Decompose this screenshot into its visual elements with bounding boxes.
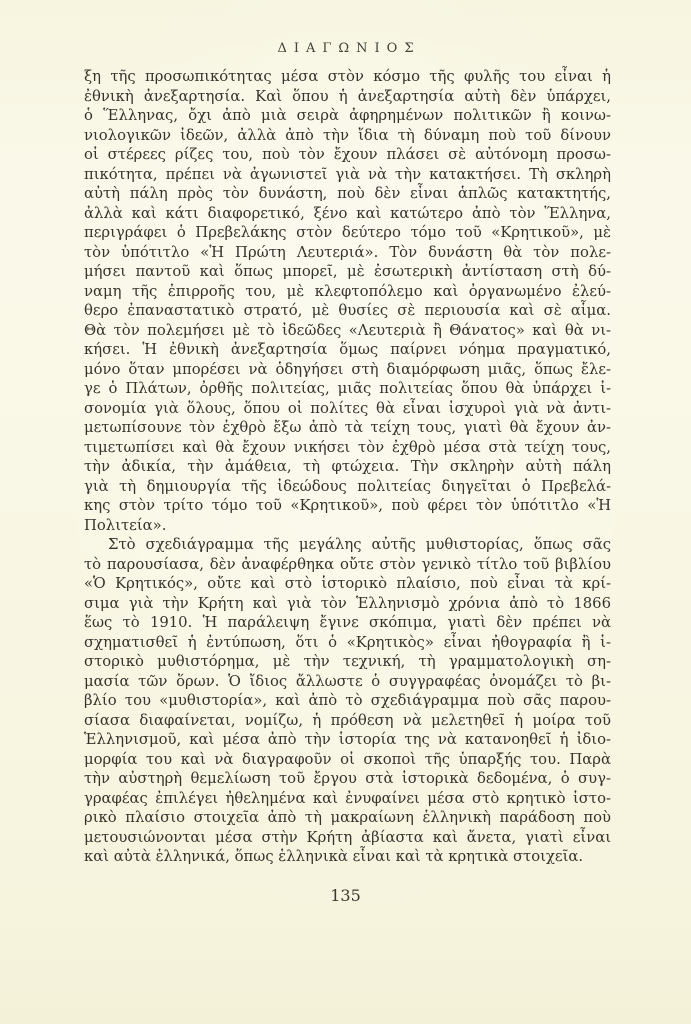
text-line: Θὰ τὸν πολεμήσει μὲ τὸ ἰδεῶδες «Λευτεριὰ… [84, 321, 611, 341]
text-line: αὐτὴ πάλη πρὸς τὸν δυνάστη, ποὺ δὲν εἶνα… [84, 184, 611, 204]
text-line: μετουσιώνονται μέσα στὴν Κρήτη ἀβίαστα κ… [84, 828, 611, 848]
text-line: ξη τῆς προσωπικότητας μέσα στὸν κόσμο τῆ… [84, 67, 611, 87]
text-line: μασία τῶν ὅρων. Ὁ ἴδιος ἄλλωστε ὁ συγγρα… [84, 672, 611, 692]
text-line: μετωπίσουνε τὸν ἐχθρὸ ἔξω ἀπὸ τὰ τείχη τ… [84, 418, 611, 438]
text-line: Πολιτεία». [84, 516, 611, 536]
text-block: ξη τῆς προσωπικότητας μέσα στὸν κόσμο τῆ… [84, 67, 611, 867]
text-line: ὁ Ἕλληνας, ὄχι ἀπὸ μιὰ σειρὰ ἀφηρημένων … [84, 106, 611, 126]
text-line: κήσει. Ἡ ἐθνικὴ ἀνεξαρτησία ὅμως παίρνει… [84, 340, 611, 360]
text-line: πικότητα, πρέπει νὰ ἀγωνιστεῖ γιὰ νὰ τὴν… [84, 165, 611, 185]
text-line: ρικὸ πλαίσιο στοιχεῖα ἀπὸ τὴ μακραίωνη ἑ… [84, 808, 611, 828]
text-line: «Ὁ Κρητικός», οὔτε καὶ στὸ ἱστορικὸ πλαί… [84, 574, 611, 594]
running-head: ΔΙΑΓΩΝΙΟΣ [0, 41, 691, 56]
text-line: Στὸ σχεδιάγραμμα τῆς μεγάλης αὐτῆς μυθισ… [84, 535, 611, 555]
text-line: γε ὁ Πλάτων, ὀρθῆς πολιτείας, μιᾶς πολιτ… [84, 379, 611, 399]
text-line: γιὰ τὴ δημιουργία τῆς ἰδεώδους πολιτείας… [84, 477, 611, 497]
paragraph: ξη τῆς προσωπικότητας μέσα στὸν κόσμο τῆ… [84, 67, 611, 535]
text-line: σίασα διαφαίνεται, νομίζω, ἡ πρόθεση νὰ … [84, 711, 611, 731]
text-line: Ἑλληνισμοῦ, καὶ μέσα ἀπὸ τὴν ἱστορία της… [84, 730, 611, 750]
text-line: τὴν αὐστηρὴ θεμελίωση τοῦ ἔργου στὰ ἱστο… [84, 769, 611, 789]
text-line: περιγράφει ὁ Πρεβελάκης στὸν δεύτερο τόμ… [84, 223, 611, 243]
text-line: σχηματισθεῖ ἡ ἐντύπωση, ὅτι ὁ «Κρητικὸς»… [84, 633, 611, 653]
text-line: οἱ στέρεες ρίζες του, ποὺ τὸν ἔχουν πλάσ… [84, 145, 611, 165]
text-line: γραφέας ἐπιλέγει ἠθελημένα καὶ ἐνυφαίνει… [84, 789, 611, 809]
text-line: τιμετωπίσει καὶ θὰ ἔχουν νικήσει τὸν ἐχθ… [84, 438, 611, 458]
text-line: τὸ παρουσίασα, δὲν ἀναφέρθηκα οὔτε στὸν … [84, 555, 611, 575]
text-line: κης στὸν τρίτο τόμο τοῦ «Κρητικοῦ», ποὺ … [84, 496, 611, 516]
text-line: βλίο του «μυθιστορία», καὶ ἀπὸ τὸ σχεδιά… [84, 691, 611, 711]
text-line: νιολογικῶν ἰδεῶν, ἀλλὰ ἀπὸ τὴν ἴδια τὴ δ… [84, 126, 611, 146]
text-line: ἕως τὸ 1910. Ἡ παράλειψη ἔγινε σκόπιμα, … [84, 613, 611, 633]
text-line: στορικὸ μυθιστόρημα, μὲ τὴν τεχνική, τὴ … [84, 652, 611, 672]
text-line: τὸν ὑπότιτλο «Ἡ Πρώτη Λευτεριά». Τὸν δυν… [84, 243, 611, 263]
text-line: ναμη τῆς ἐπιρροῆς του, μὲ κλεφτοπόλεμο κ… [84, 282, 611, 302]
text-line: ἀλλὰ καὶ κάτι διαφορετικό, ξένο καὶ κατώ… [84, 204, 611, 224]
page-number: 135 [0, 886, 691, 905]
text-line: μορφία του καὶ νὰ διαγραφοῦν οἱ σκοποὶ τ… [84, 750, 611, 770]
paragraph: Στὸ σχεδιάγραμμα τῆς μεγάλης αὐτῆς μυθισ… [84, 535, 611, 867]
text-line: θερο ἐπαναστατικὸ στρατό, μὲ θυσίες σὲ π… [84, 301, 611, 321]
text-line: μήσει παντοῦ καὶ ὅπως μπορεῖ, μὲ ἐσωτερι… [84, 262, 611, 282]
text-line: μόνο ὅταν μπορέσει νὰ ὁδηγήσει στὴ διαμό… [84, 360, 611, 380]
text-line: σονομία γιὰ ὅλους, ὅπου οἱ πολίτες θὰ εἶ… [84, 399, 611, 419]
page-container: ΔΙΑΓΩΝΙΟΣ ξη τῆς προσωπικότητας μέσα στὸ… [0, 0, 691, 1024]
text-line: καὶ αὐτὰ ἑλληνικά, ὅπως ἑλληνικὰ εἶναι κ… [84, 847, 611, 867]
text-line: τὴν ἀδικία, τὴν ἀμάθεια, τὴ φτώχεια. Τὴν… [84, 457, 611, 477]
text-line: σιμα γιὰ τὴν Κρήτη καὶ γιὰ τὸν Ἑλληνισμὸ… [84, 594, 611, 614]
text-line: ἐθνικὴ ἀνεξαρτησία. Καὶ ὅπου ἡ ἀνεξαρτησ… [84, 87, 611, 107]
